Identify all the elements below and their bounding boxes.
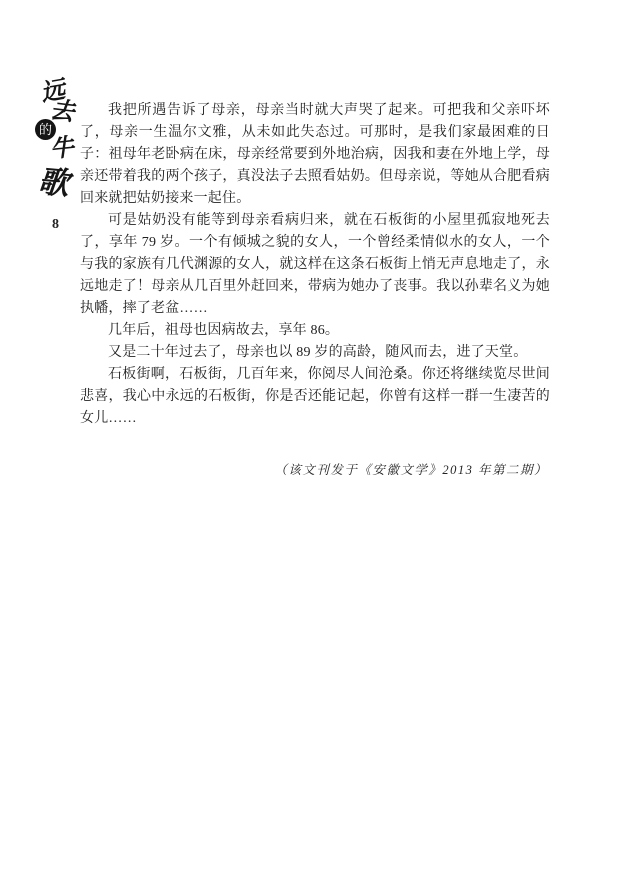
paragraph: 可是姑奶没有能等到母亲看病归来，就在石板街的小屋里孤寂地死去了，享年 79 岁。…: [80, 210, 550, 320]
paragraph-list: 我把所遇告诉了母亲，母亲当时就大声哭了起来。可把我和父亲吓坏了，母亲一生温尔文雅…: [80, 100, 550, 430]
page-number: 8: [52, 217, 59, 233]
scanned-book-page: 远 去 的 牛 歌 8 我把所遇告诉了母亲，母亲当时就大声哭了起来。可把我和父亲…: [0, 0, 634, 891]
attribution-note: （该文刊发于《安徽文学》2013 年第二期）: [80, 460, 550, 478]
page-margin-column: 远 去 的 牛 歌 8: [0, 0, 78, 891]
paragraph: 石板街啊，石板街，几百年来，你阅尽人间沧桑。你还将继续览尽世间悲喜，我心中永远的…: [80, 364, 550, 430]
paragraph: 又是二十年过去了，母亲也以 89 岁的高龄，随风而去，进了天堂。: [80, 342, 550, 364]
article-text: 我把所遇告诉了母亲，母亲当时就大声哭了起来。可把我和父亲吓坏了，母亲一生温尔文雅…: [80, 100, 550, 478]
paragraph: 我把所遇告诉了母亲，母亲当时就大声哭了起来。可把我和父亲吓坏了，母亲一生温尔文雅…: [80, 100, 550, 210]
paragraph: 几年后，祖母也因病故去，享年 86。: [80, 320, 550, 342]
title-char: 牛: [49, 136, 75, 162]
title-char: 歌: [37, 166, 71, 200]
calligraphy-title: 远 去 的 牛 歌: [35, 80, 77, 220]
